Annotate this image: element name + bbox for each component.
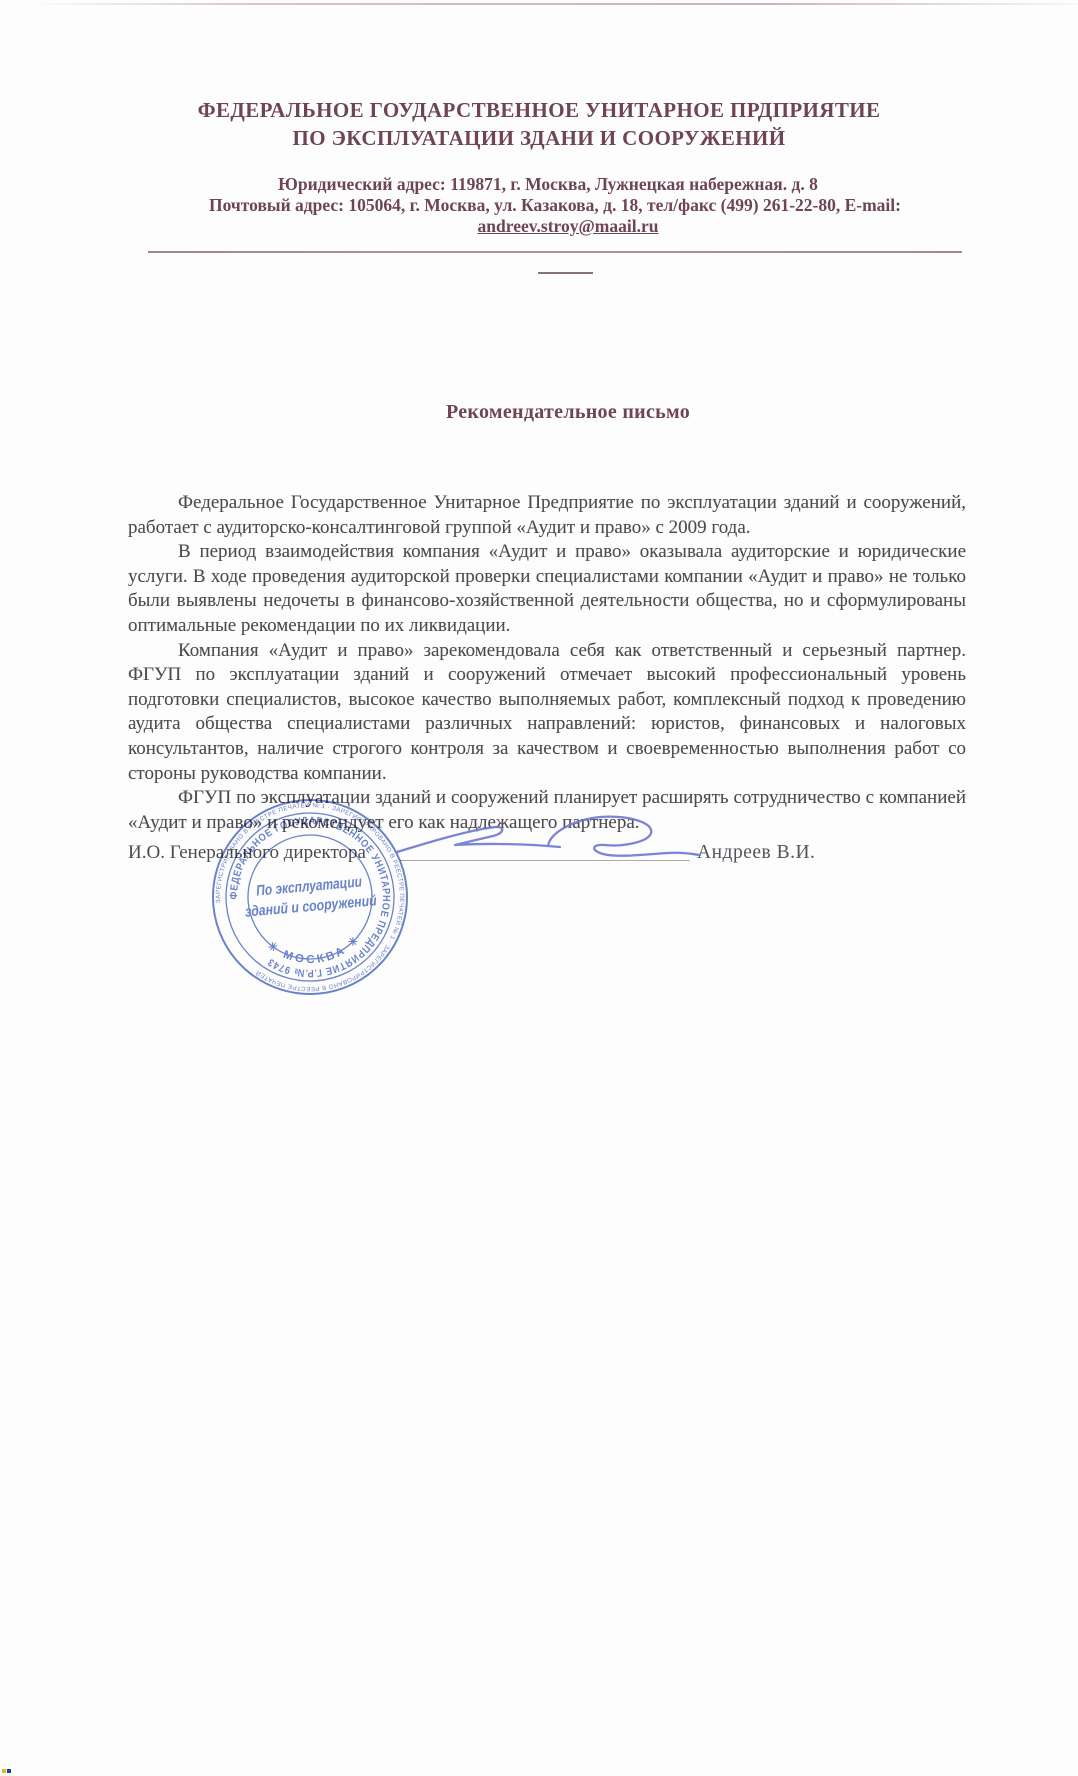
official-round-stamp: ЗАРЕГИСТРИРОВАНО В РЕЕСТРЕ ПЕЧАТЕЙ № 1 ·… <box>198 785 422 1009</box>
scanned-letter-page: ФЕДЕРАЛЬНОЕ ГОУДАРСТВЕННОЕ УНИТАРНОЕ ПРД… <box>0 0 1078 1776</box>
short-divider-line <box>538 272 593 274</box>
letter-paragraph: В период взаимодействия компания «Аудит … <box>128 540 966 638</box>
postal-address: Почтовый адрес: 105064, г. Москва, ул. К… <box>0 195 1078 216</box>
letterhead-divider-line <box>148 251 962 253</box>
org-name-line1: ФЕДЕРАЛЬНОЕ ГОУДАРСТВЕННОЕ УНИТАРНОЕ ПРД… <box>0 98 1078 123</box>
letter-paragraph: Компания «Аудит и право» зарекомендовала… <box>128 639 966 787</box>
scanner-edge-artifact <box>28 3 1078 5</box>
email-address: andreev.stroy@maail.ru <box>0 216 1078 237</box>
handwritten-signature <box>0 0 1078 1776</box>
signatory-name: Андреев В.И. <box>697 842 815 864</box>
scan-artifact-dot <box>7 1769 11 1773</box>
signature-line <box>400 860 690 861</box>
scan-artifact-dot <box>2 1769 6 1773</box>
letter-title: Рекомендательное письмо <box>0 401 1078 424</box>
letter-body: Федеральное Государственное Унитарное Пр… <box>128 491 966 835</box>
legal-address: Юридический адрес: 119871, г. Москва, Лу… <box>0 174 1078 195</box>
org-name-line2: ПО ЭКСПЛУАТАЦИИ ЗДАНИ И СООРУЖЕНИЙ <box>0 126 1078 151</box>
letter-paragraph: Федеральное Государственное Унитарное Пр… <box>128 491 966 540</box>
